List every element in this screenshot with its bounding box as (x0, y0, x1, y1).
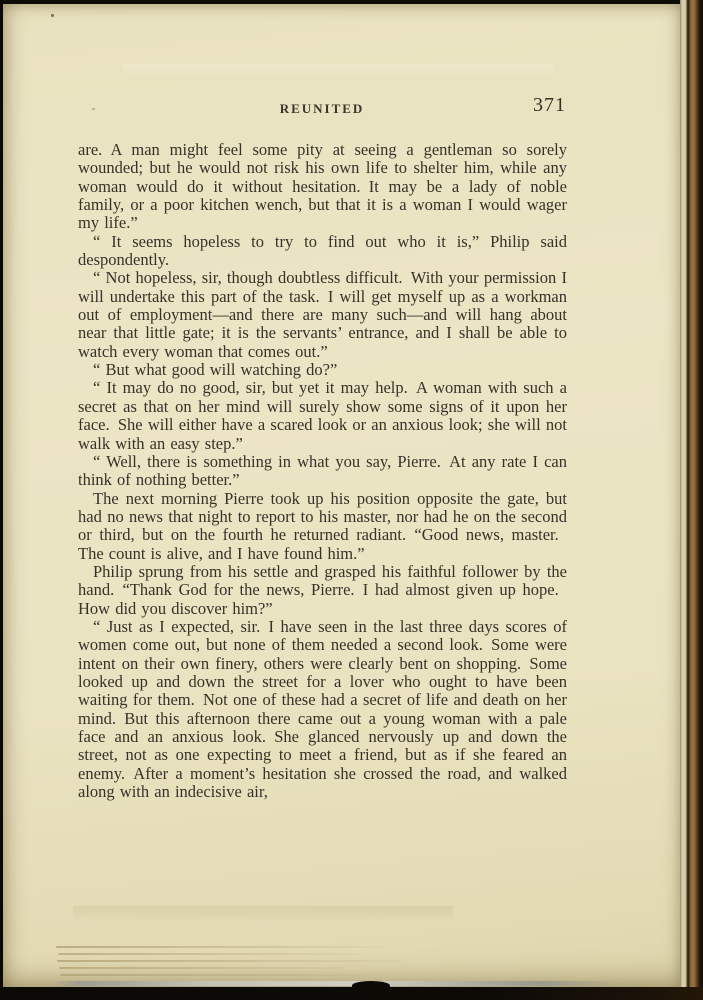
book-scan: REUNITED 371 are. A man might feel some … (0, 0, 703, 1000)
scan-border-left (0, 0, 3, 1000)
paragraph: are. A man might feel some pity at seein… (78, 141, 567, 233)
paragraph: “ Well, there is something in what you s… (78, 453, 567, 490)
paragraph: “ It seems hopeless to try to find out w… (78, 233, 567, 270)
page-body: are. A man might feel some pity at seein… (78, 141, 567, 801)
book-fore-edge (680, 0, 703, 1000)
page-stack-edge-line (59, 967, 344, 969)
page-stack-edge-line (57, 960, 402, 962)
paragraph: Philip sprung from his settle and graspe… (78, 563, 567, 618)
page-stack-edge-line (58, 953, 358, 955)
scan-border-bottom (0, 987, 703, 1000)
page-stack-edge-line (56, 946, 386, 948)
paragraph: “ Just as I expected, sir. I have seen i… (78, 618, 567, 801)
chapter-title: REUNITED (78, 101, 566, 117)
scan-streak (73, 906, 453, 922)
page-number: 371 (533, 94, 566, 117)
scan-speck (92, 108, 95, 110)
running-header: REUNITED 371 (78, 96, 566, 120)
paragraph: “ Not hopeless, sir, though doubtless di… (78, 269, 567, 361)
scan-streak (123, 64, 553, 78)
scan-border-top (0, 0, 703, 4)
scan-speck (51, 14, 54, 17)
paragraph: The next morning Pierre took up his posi… (78, 490, 567, 563)
paragraph: “ It may do no good, sir, but yet it may… (78, 379, 567, 452)
book-page: REUNITED 371 are. A man might feel some … (3, 4, 680, 987)
paragraph: “ But what good will watching do?” (78, 361, 567, 379)
page-stack-edge-line (60, 974, 370, 976)
page-curl-highlight (52, 981, 617, 986)
